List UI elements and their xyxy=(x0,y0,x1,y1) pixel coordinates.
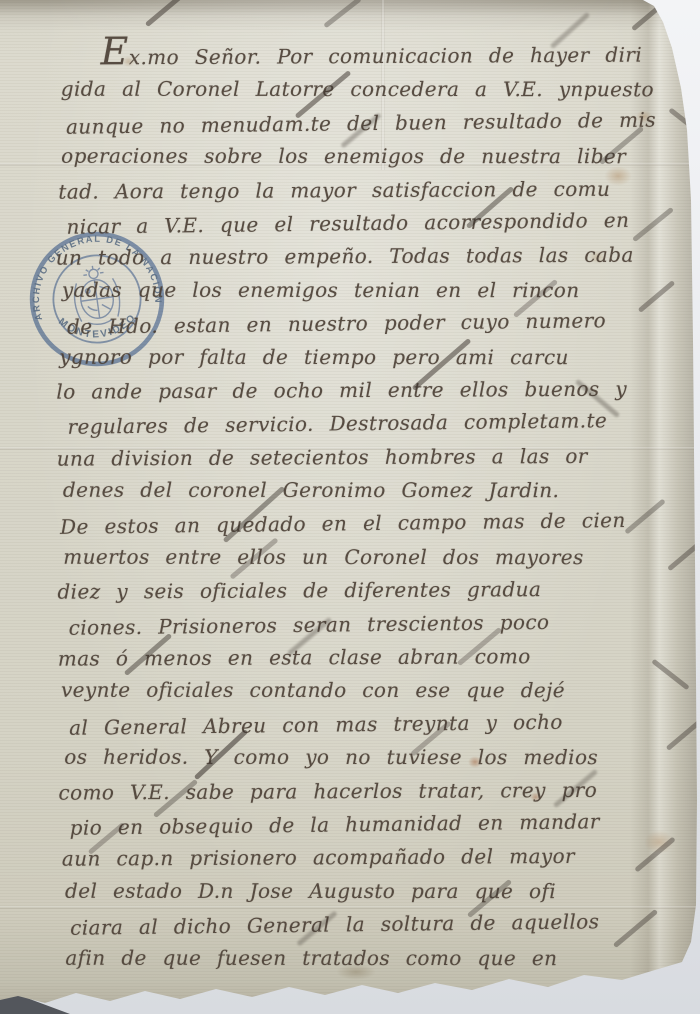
manuscript-line: una division de setecientos hombres a la… xyxy=(57,439,688,476)
manuscript-line: Ex.mo Señor. Por comunicacion de hayer d… xyxy=(55,38,686,75)
ink-stroke xyxy=(631,2,665,32)
manuscript-line: De estos an quedado en el campo mas de c… xyxy=(60,504,688,545)
manuscript-line: operaciones sobre los enemigos de nuestr… xyxy=(61,140,686,174)
manuscript-line: tad. Aora tengo la mayor satisfaccion de… xyxy=(58,172,686,209)
manuscript-line: yadas que los enemigos tenian en el rinc… xyxy=(62,273,687,307)
manuscript-line: ciones. Prisioneros seran trescientos po… xyxy=(68,604,688,645)
manuscript-line: ygnoro por falta de tiempo pero ami carc… xyxy=(59,340,687,374)
ink-stroke xyxy=(145,0,190,27)
manuscript-line: mas ó menos en esta clase abran como xyxy=(58,639,689,676)
manuscript-line: aun cap.n prisionero acompañado del mayo… xyxy=(62,840,690,877)
manuscript-line: al General Abreu con mas treynta y ocho xyxy=(69,704,689,745)
manuscript-line: regulares de servicio. Destrosada comple… xyxy=(67,403,687,444)
manuscript-line: diez y seis oficiales de diferentes grad… xyxy=(57,573,688,610)
manuscript-line: de Hdo. estan en nuestro poder cuyo nume… xyxy=(67,303,687,344)
manuscript-line: muertos entre ellos un Coronel dos mayor… xyxy=(63,541,688,575)
manuscript-line: veynte oficiales contando con ese que de… xyxy=(61,674,689,708)
manuscript-line: gida al Coronel Latorre concedera a V.E.… xyxy=(61,73,686,107)
manuscript-line: nicar a V.E. que el resultado acorrespon… xyxy=(66,203,686,244)
manuscript-page: ARCHIVO GENERAL DE LA NACIÓN MONTEVIDEO … xyxy=(0,0,700,1014)
manuscript-line: ciara al dicho General la soltura de aqu… xyxy=(70,904,690,945)
manuscript-line: afin de que fuesen tratados como que en xyxy=(65,941,690,975)
manuscript-text: Ex.mo Señor. Por comunicacion de hayer d… xyxy=(55,38,691,976)
ink-stroke xyxy=(323,0,362,28)
manuscript-line: denes del coronel Geronimo Gomez Jardin. xyxy=(63,474,688,508)
manuscript-line: os heridos. Y como yo no tuviese los med… xyxy=(64,741,689,775)
manuscript-line: un todo a nuestro empeño. Todas todas la… xyxy=(56,239,687,276)
manuscript-line: aunque no menudam.te del buen resultado … xyxy=(66,103,686,144)
manuscript-line: del estado D.n Jose Augusto para que ofi xyxy=(65,874,690,908)
manuscript-line: como V.E. sabe para hacerlos tratar, cre… xyxy=(58,773,689,810)
manuscript-line: pio en obsequio de la humanidad en manda… xyxy=(69,804,689,845)
